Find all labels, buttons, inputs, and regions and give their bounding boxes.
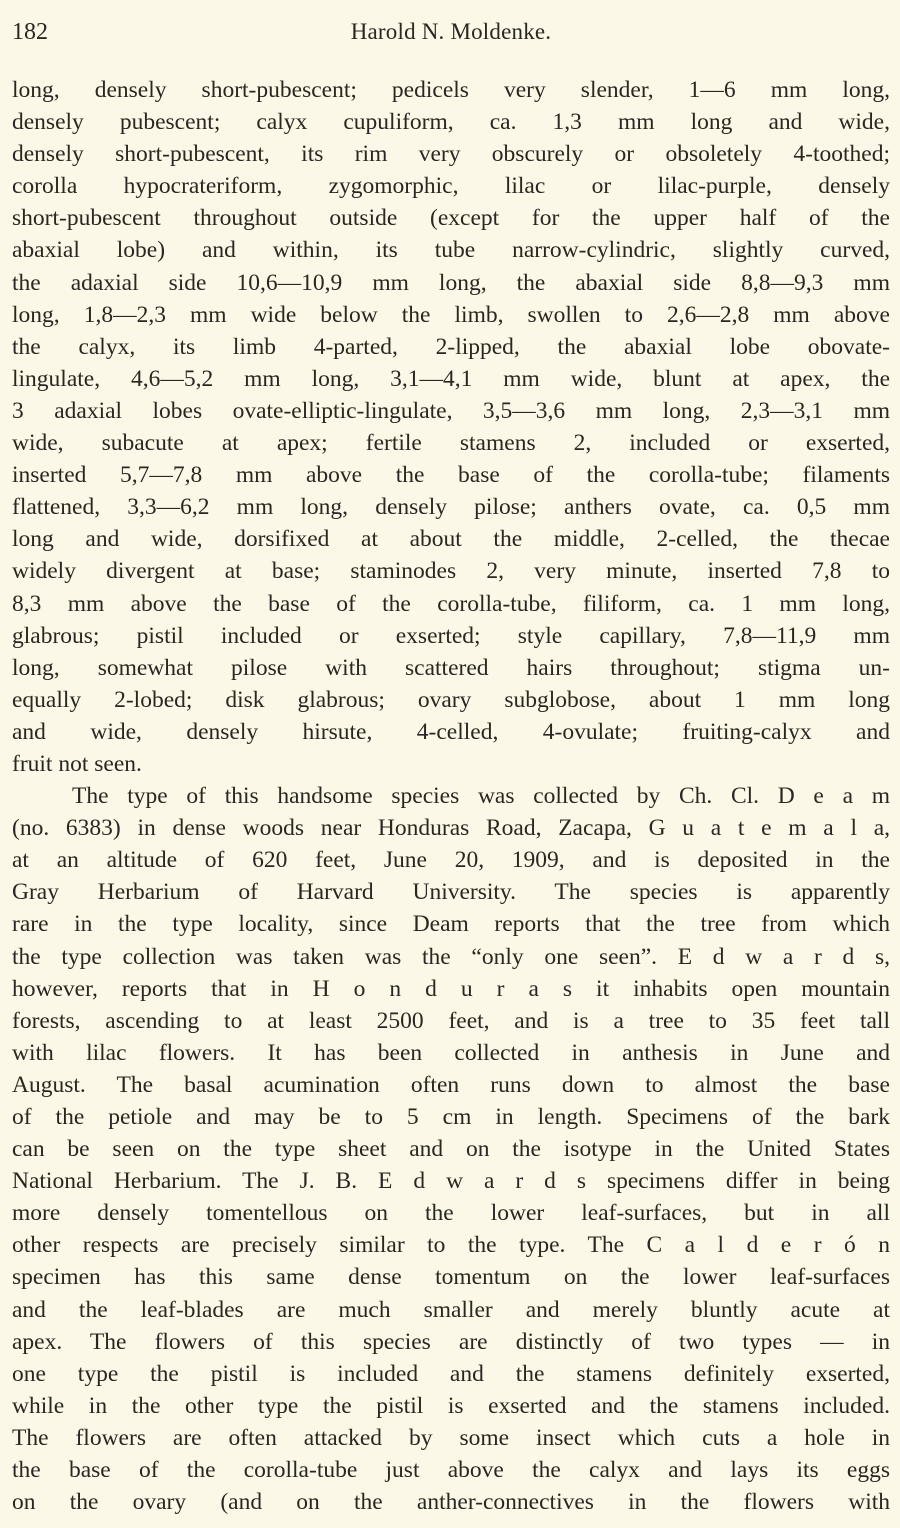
text-line: short-pubescent throughout outside (exce… <box>12 202 890 234</box>
text-line: and the leaf-blades are much smaller and… <box>12 1294 890 1326</box>
text-line: while in the other type the pistil is ex… <box>12 1390 890 1422</box>
text-line: the base of the corolla-tube just above … <box>12 1454 890 1486</box>
text-line: fruit not seen. <box>12 748 890 780</box>
text-line: Gray Herbarium of Harvard University. Th… <box>12 876 890 908</box>
text-line: corolla hypocrateriform, zygomorphic, li… <box>12 170 890 202</box>
text-line: August. The basal acumination often runs… <box>12 1069 890 1101</box>
text-line: long, densely short-pubescent; pedicels … <box>12 74 890 106</box>
text-line: densely short-pubescent, its rim very ob… <box>12 138 890 170</box>
text-line: equally 2-lobed; disk glabrous; ovary su… <box>12 684 890 716</box>
text-line: flattened, 3,3—6,2 mm long, densely pilo… <box>12 491 890 523</box>
text-line: lingulate, 4,6—5,2 mm long, 3,1—4,1 mm w… <box>12 363 890 395</box>
text-line: on the ovary (and on the anther-connecti… <box>12 1486 890 1518</box>
text-line: The type of this handsome species was co… <box>12 780 890 812</box>
text-line: wide, subacute at apex; fertile stamens … <box>12 427 890 459</box>
text-line: abaxial lobe) and within, its tube narro… <box>12 234 890 266</box>
text-line: other respects are precisely similar to … <box>12 1229 890 1261</box>
text-line: 3 adaxial lobes ovate-elliptic-lingulate… <box>12 395 890 427</box>
text-line: with lilac flowers. It has been collecte… <box>12 1037 890 1069</box>
text-line: The flowers are often attacked by some i… <box>12 1422 890 1454</box>
text-line: of the petiole and may be to 5 cm in len… <box>12 1101 890 1133</box>
text-line: widely divergent at base; staminodes 2, … <box>12 555 890 587</box>
text-line: the calyx, its limb 4-parted, 2-lipped, … <box>12 331 890 363</box>
running-head-author: Harold N. Moldenke. <box>12 14 890 50</box>
text-line: specimen has this same dense tomentum on… <box>12 1261 890 1293</box>
body-text: long, densely short-pubescent; pedicels … <box>12 74 890 1518</box>
text-line: and wide, densely hirsute, 4-celled, 4-o… <box>12 716 890 748</box>
text-line: at an altitude of 620 feet, June 20, 190… <box>12 844 890 876</box>
text-line: forests, ascending to at least 2500 feet… <box>12 1005 890 1037</box>
text-line: (no. 6383) in dense woods near Honduras … <box>12 812 890 844</box>
text-line: apex. The flowers of this species are di… <box>12 1326 890 1358</box>
text-line: the adaxial side 10,6—10,9 mm long, the … <box>12 267 890 299</box>
text-line: National Herbarium. The J. B. E d w a r … <box>12 1165 890 1197</box>
text-line: rare in the type locality, since Deam re… <box>12 908 890 940</box>
text-line: can be seen on the type sheet and on the… <box>12 1133 890 1165</box>
text-line: densely pubescent; calyx cupuliform, ca.… <box>12 106 890 138</box>
page-header: 182 Harold N. Moldenke. <box>12 14 890 50</box>
document-page: 182 Harold N. Moldenke. long, densely sh… <box>0 0 900 1528</box>
text-line: long and wide, dorsifixed at about the m… <box>12 523 890 555</box>
text-line: one type the pistil is included and the … <box>12 1358 890 1390</box>
text-line: more densely tomentellous on the lower l… <box>12 1197 890 1229</box>
text-line: however, reports that in H o n d u r a s… <box>12 973 890 1005</box>
paragraph-type-discussion: The type of this handsome species was co… <box>12 780 890 1518</box>
text-line: inserted 5,7—7,8 mm above the base of th… <box>12 459 890 491</box>
text-line: long, somewhat pilose with scattered hai… <box>12 652 890 684</box>
text-line: long, 1,8—2,3 mm wide below the limb, sw… <box>12 299 890 331</box>
text-line: the type collection was taken was the “o… <box>12 941 890 973</box>
paragraph-description: long, densely short-pubescent; pedicels … <box>12 74 890 780</box>
text-line: 8,3 mm above the base of the corolla-tub… <box>12 588 890 620</box>
text-line: glabrous; pistil included or exserted; s… <box>12 620 890 652</box>
